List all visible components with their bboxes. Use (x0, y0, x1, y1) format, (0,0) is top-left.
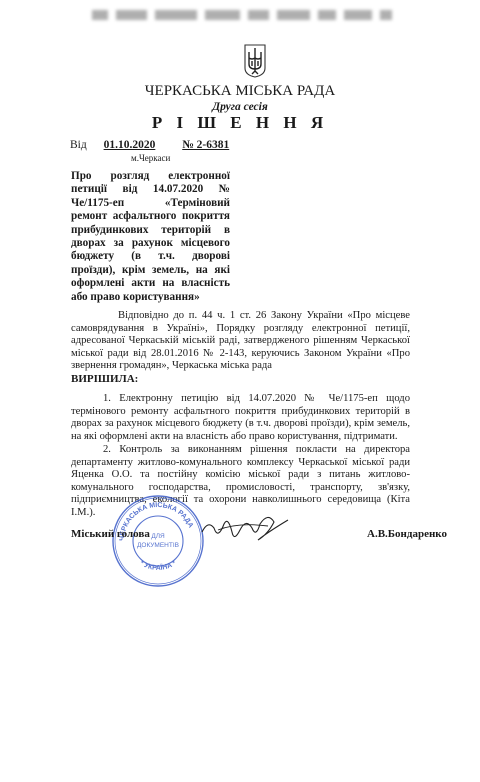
svg-text:ДОКУМЕНТІВ: ДОКУМЕНТІВ (137, 542, 179, 549)
signatory-name: А.В.Бондаренко (367, 528, 447, 540)
session-label: Друга сесія (0, 101, 480, 113)
resolved-heading: ВИРІШИЛА: (71, 373, 138, 385)
city-label: м.Черкаси (131, 153, 170, 163)
svg-text:ДЛЯ: ДЛЯ (151, 533, 165, 540)
scan-header-artifact (92, 4, 392, 26)
handwritten-signature-icon (198, 510, 290, 550)
decision-date: 01.10.2020 (104, 139, 156, 151)
council-name: ЧЕРКАСЬКА МІСЬКА РАДА (0, 83, 480, 100)
preamble-paragraph: Відповідно до п. 44 ч. 1 ст. 26 Закону У… (71, 310, 410, 373)
svg-text:* УКРАЇНА *: * УКРАЇНА * (138, 560, 177, 572)
date-label: Від (70, 139, 87, 151)
resolution-item-1: 1. Електронну петицію від 14.07.2020 № Ч… (71, 393, 410, 443)
trident-coat-of-arms-icon (243, 44, 267, 78)
date-line: Від 01.10.2020 № 2-6381 (70, 139, 253, 151)
document-type-title: Р І Ш Е Н Н Я (0, 113, 480, 133)
official-stamp-icon: ЧЕРКАСЬКА МІСЬКА РАДА * УКРАЇНА * ДЛЯ ДО… (110, 493, 206, 589)
decision-number: № 2-6381 (182, 139, 229, 151)
decision-subject: Про розгляд електронної петиції від 14.0… (71, 170, 230, 304)
signatory-title: Міський голова (71, 528, 150, 540)
